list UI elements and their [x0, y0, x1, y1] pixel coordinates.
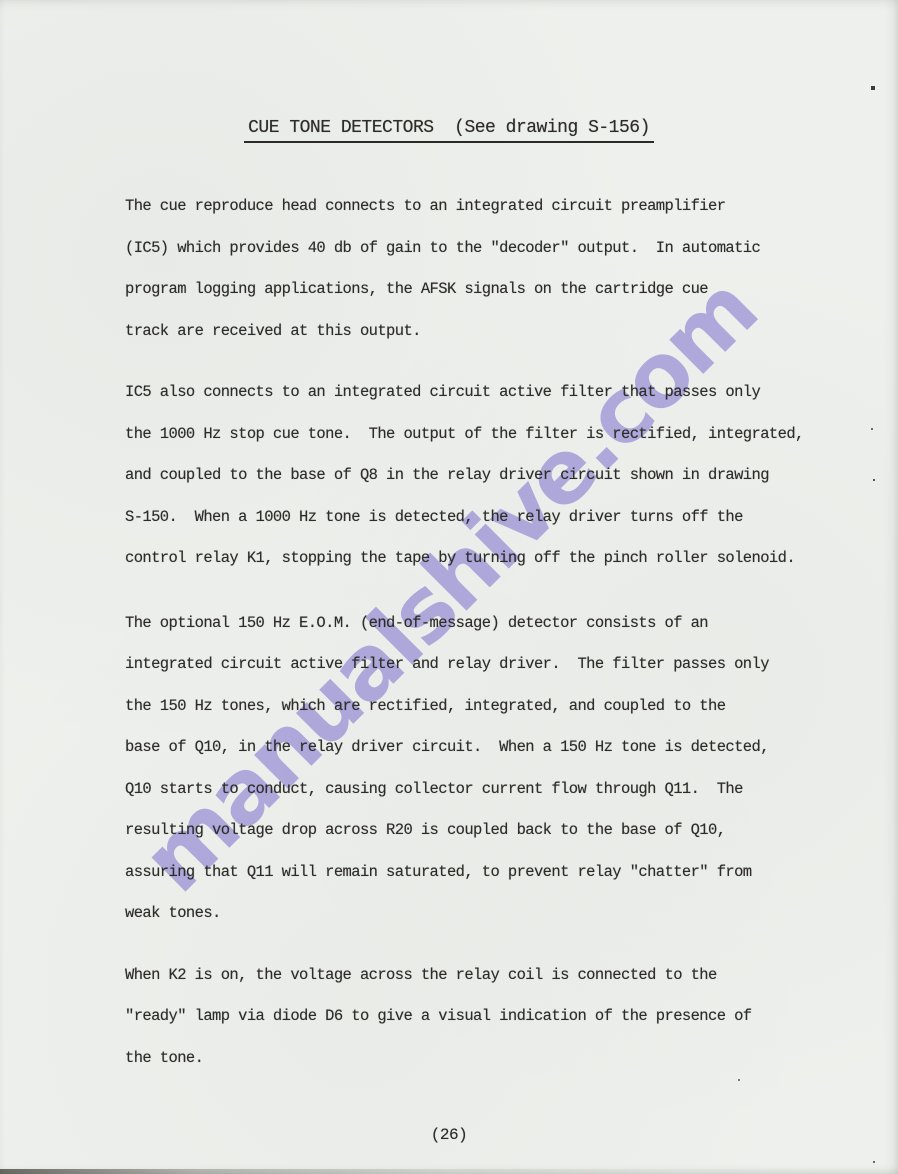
paragraph: The cue reproduce head connects to an in…	[125, 186, 804, 352]
scanned-manual-page: CUE TONE DETECTORS (See drawing S-156) m…	[0, 0, 898, 1174]
text-line: resulting voltage drop across R20 is cou…	[125, 810, 804, 852]
text-line: The cue reproduce head connects to an in…	[125, 186, 804, 228]
scan-speck	[871, 86, 875, 90]
text-line: (IC5) which provides 40 db of gain to th…	[125, 228, 804, 270]
paragraph: The optional 150 Hz E.O.M. (end-of-messa…	[125, 603, 804, 935]
text-line: the 1000 Hz stop cue tone. The output of…	[125, 414, 804, 456]
document-body: The cue reproduce head connects to an in…	[125, 186, 804, 1079]
text-line: weak tones.	[125, 893, 804, 935]
text-line: the tone.	[125, 1038, 804, 1080]
paragraph: IC5 also connects to an integrated circu…	[125, 372, 804, 580]
text-line: control relay K1, stopping the tape by t…	[125, 538, 804, 580]
text-line: The optional 150 Hz E.O.M. (end-of-messa…	[125, 603, 804, 645]
text-line: assuring that Q11 will remain saturated,…	[125, 852, 804, 894]
page-title: CUE TONE DETECTORS (See drawing S-156)	[0, 118, 898, 143]
page-number: (26)	[0, 1126, 898, 1144]
text-line: When K2 is on, the voltage across the re…	[125, 955, 804, 997]
text-line: IC5 also connects to an integrated circu…	[125, 372, 804, 414]
scan-bottom-edge	[0, 1169, 898, 1174]
text-line: "ready" lamp via diode D6 to give a visu…	[125, 996, 804, 1038]
text-line: program logging applications, the AFSK s…	[125, 269, 804, 311]
text-line: Q10 starts to conduct, causing collector…	[125, 769, 804, 811]
text-line: the 150 Hz tones, which are rectified, i…	[125, 686, 804, 728]
text-line: base of Q10, in the relay driver circuit…	[125, 727, 804, 769]
page-title-text: CUE TONE DETECTORS (See drawing S-156)	[244, 118, 654, 143]
paragraph: When K2 is on, the voltage across the re…	[125, 955, 804, 1080]
text-line: track are received at this output.	[125, 311, 804, 353]
text-line: integrated circuit active filter and rel…	[125, 644, 804, 686]
text-line: and coupled to the base of Q8 in the rel…	[125, 455, 804, 497]
text-line: S-150. When a 1000 Hz tone is detected, …	[125, 497, 804, 539]
